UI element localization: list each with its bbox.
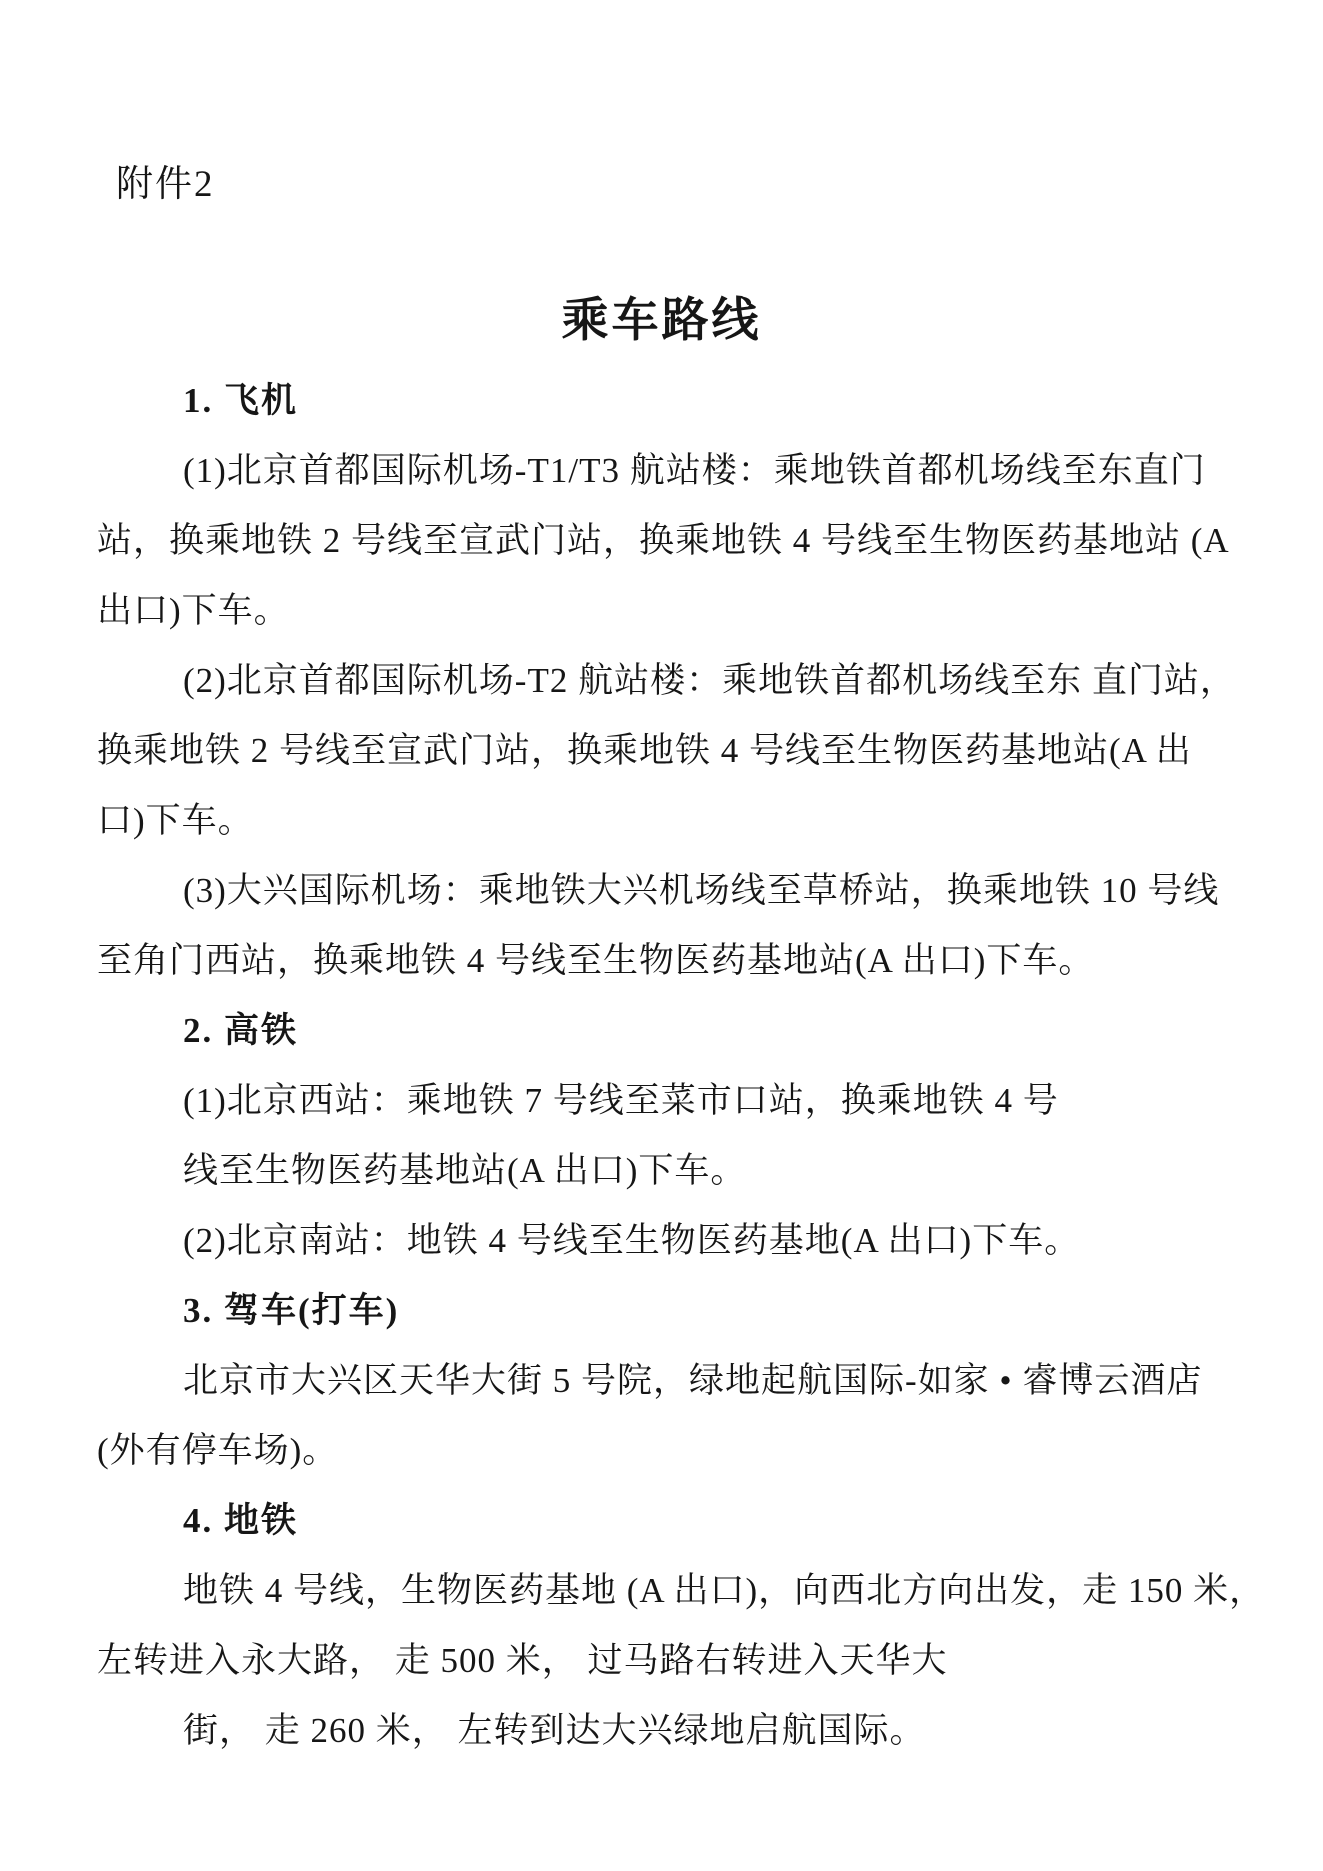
text-line: (1)北京首都国际机场-T1/T3 航站楼：乘地铁首都机场线至东直门 <box>97 436 1277 506</box>
section-heading-driving: 3. 驾车(打车) <box>97 1276 1277 1346</box>
text-line: 换乘地铁 2 号线至宣武门站，换乘地铁 4 号线至生物医药基地站(A 出 <box>97 716 1277 786</box>
section-heading-plane: 1. 飞机 <box>97 366 1277 436</box>
document-page: 附件2 乘车路线 1. 飞机 (1)北京首都国际机场-T1/T3 航站楼：乘地铁… <box>0 0 1323 1871</box>
text-line: 口)下车。 <box>97 786 1277 856</box>
document-body: 1. 飞机 (1)北京首都国际机场-T1/T3 航站楼：乘地铁首都机场线至东直门… <box>97 366 1277 1766</box>
text-line: (2)北京首都国际机场-T2 航站楼：乘地铁首都机场线至东 直门站， <box>97 646 1277 716</box>
text-line: 北京市大兴区天华大街 5 号院，绿地起航国际-如家 • 睿博云酒店 <box>97 1346 1277 1416</box>
text-line: 站，换乘地铁 2 号线至宣武门站，换乘地铁 4 号线至生物医药基地站 (A <box>97 506 1277 576</box>
text-line: 至角门西站，换乘地铁 4 号线至生物医药基地站(A 出口)下车。 <box>97 926 1277 996</box>
text-line: (3)大兴国际机场：乘地铁大兴机场线至草桥站，换乘地铁 10 号线 <box>97 856 1277 926</box>
text-line: 街， 走 260 米， 左转到达大兴绿地启航国际。 <box>97 1696 1277 1766</box>
text-line: (外有停车场)。 <box>97 1416 1277 1486</box>
section-heading-highspeed-rail: 2. 高铁 <box>97 996 1277 1066</box>
text-line: 出口)下车。 <box>97 576 1277 646</box>
text-line: 地铁 4 号线，生物医药基地 (A 出口)，向西北方向出发，走 150 米， <box>97 1556 1277 1626</box>
text-line: (2)北京南站：地铁 4 号线至生物医药基地(A 出口)下车。 <box>97 1206 1277 1276</box>
section-heading-subway: 4. 地铁 <box>97 1486 1277 1556</box>
text-line: 左转进入永大路， 走 500 米， 过马路右转进入天华大 <box>97 1626 1277 1696</box>
page-title: 乘车路线 <box>0 292 1323 350</box>
text-line: 线至生物医药基地站(A 出口)下车。 <box>97 1136 1277 1206</box>
text-line: (1)北京西站：乘地铁 7 号线至菜市口站，换乘地铁 4 号 <box>97 1066 1277 1136</box>
attachment-label: 附件2 <box>116 162 215 208</box>
